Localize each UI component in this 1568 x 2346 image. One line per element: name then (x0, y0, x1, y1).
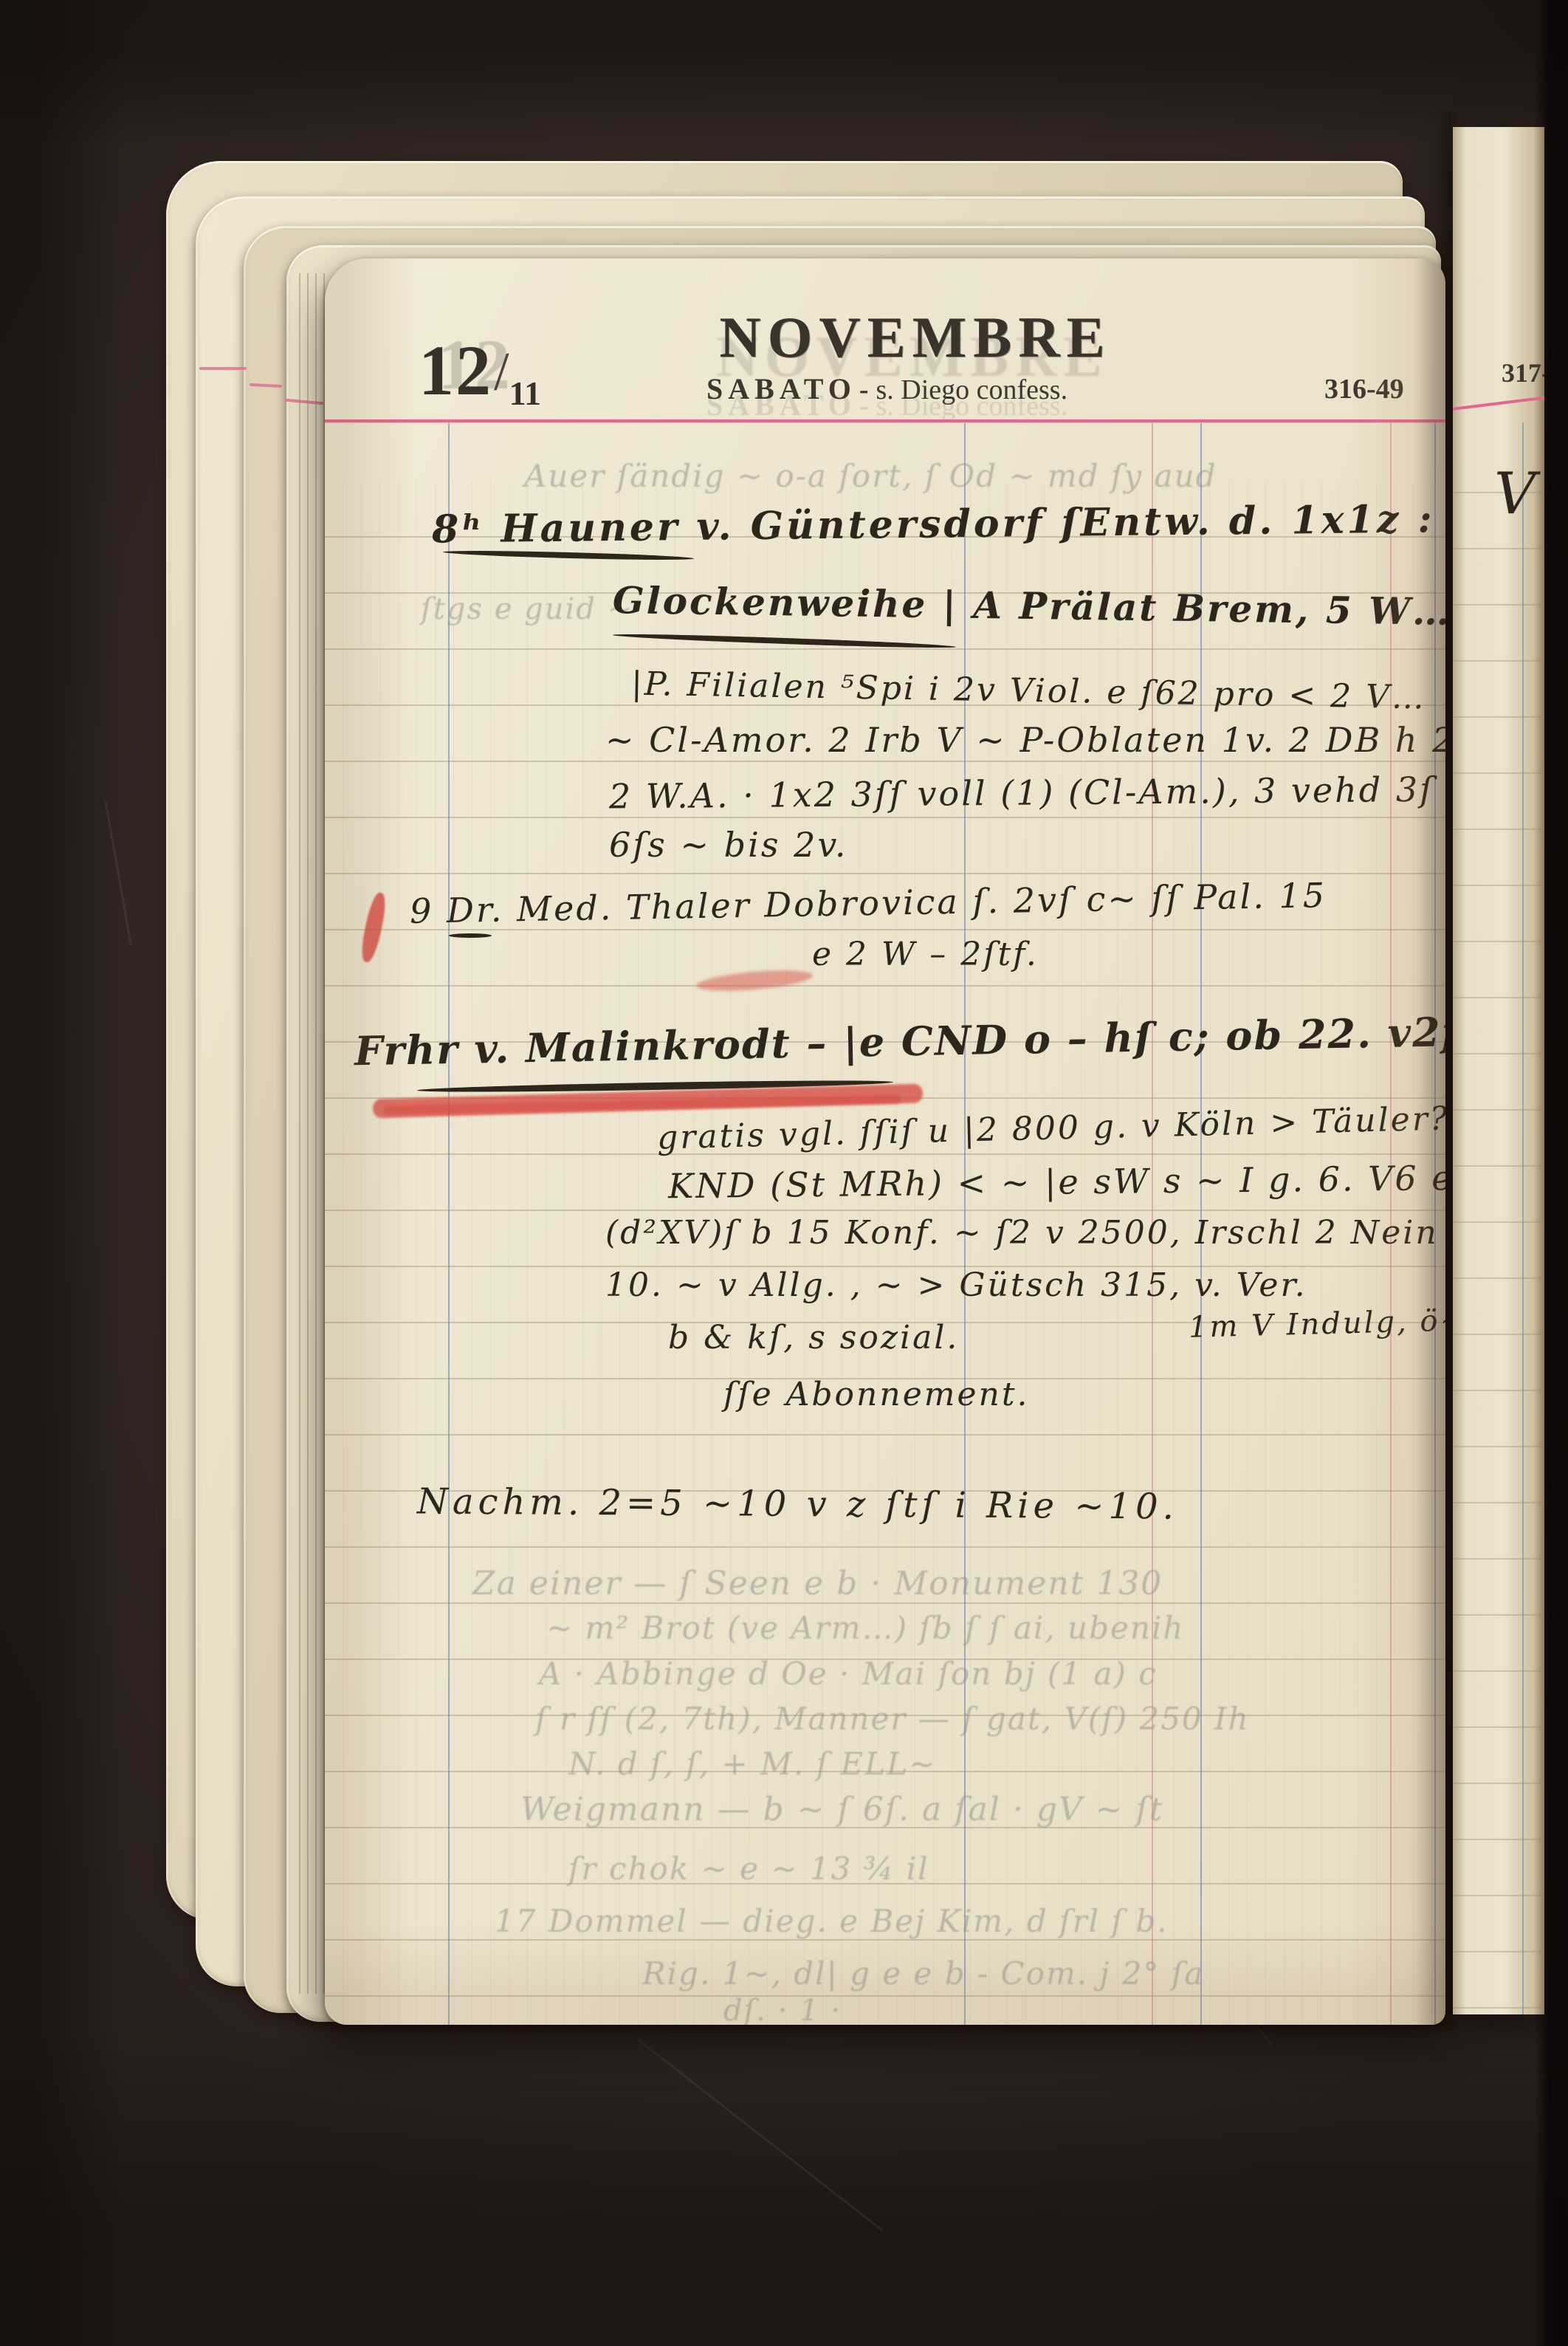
weekday-line: SABATO-s. Diego confess. (706, 371, 1067, 406)
column-line-blue (448, 423, 450, 2025)
background-scratch (104, 800, 132, 945)
next-page-ruling (1453, 437, 1544, 2014)
diary-entry-line: ſſe Abonnement. (723, 1376, 1030, 1413)
weekday-separator: - (859, 374, 869, 405)
diary-entry-line: 6ſs ~ bis 2v. (609, 825, 848, 865)
header-rule (325, 419, 1445, 422)
diary-entry-line: ~ Cl-Amor. 2 Irb V ~ P-Oblaten 1v. 2 DB … (605, 720, 1445, 760)
next-page-column-line (1522, 422, 1524, 2014)
diary-entry-line: KND (St MRh) < ~ |e sW s ~ I g. 6. V6 eC… (668, 1157, 1445, 1206)
diary-entry-line: 1m V Indulg, ö~ (1188, 1303, 1445, 1345)
weekday-name: SABATO (706, 372, 856, 405)
saint-of-day: s. Diego confess. (876, 374, 1067, 405)
diary-entry-line: (d²XV)ſ b 15 Konf. ~ ſ2 v 2500, Irschl 2… (605, 1214, 1439, 1252)
month-title: NOVEMBRE (620, 304, 1211, 371)
diary-page: Auer ſändig ~ o-a ſort, ſ Od ~ md ſy aud… (325, 258, 1445, 2025)
next-page-header-rule (1453, 395, 1544, 411)
page-edge-rule-fragment (199, 367, 247, 370)
next-page-code: 317- (1502, 357, 1544, 388)
ink-underline-dr (449, 933, 492, 938)
diary-entry-line: e 2 W – 2ſtf. (812, 936, 1039, 973)
diary-entry-line: b & kſ, s sozial. (668, 1319, 959, 1357)
page-edge-seams (292, 273, 326, 1994)
diary-entry-line: 2 W.A. · 1x2 3ſſ voll (1) (Cl-Am.), 3 ve… (609, 768, 1445, 816)
diary-entry-line: 10. ~ v Allg. , ~ > Gütsch 315, v. Ver. (605, 1266, 1307, 1304)
background-scratch (638, 2039, 884, 2232)
page-code: 316-49 (1324, 373, 1404, 405)
diary-photo: Auer ſändig ~ o-a ſort, ſ Od ~ md ſy aud… (0, 0, 1568, 2346)
next-page-edge: 317- V (1453, 127, 1544, 2014)
day-separator: / (494, 342, 509, 402)
day-number-block: 12/11 (419, 329, 541, 413)
day-number: 12 (419, 331, 492, 410)
next-page-handwritten-mark: V (1494, 461, 1536, 527)
day-alt-number: 11 (509, 374, 541, 412)
diary-entry-line: Nachm. 2=5 ~10 v z ſtſ i Rie ~10. (417, 1481, 1178, 1527)
